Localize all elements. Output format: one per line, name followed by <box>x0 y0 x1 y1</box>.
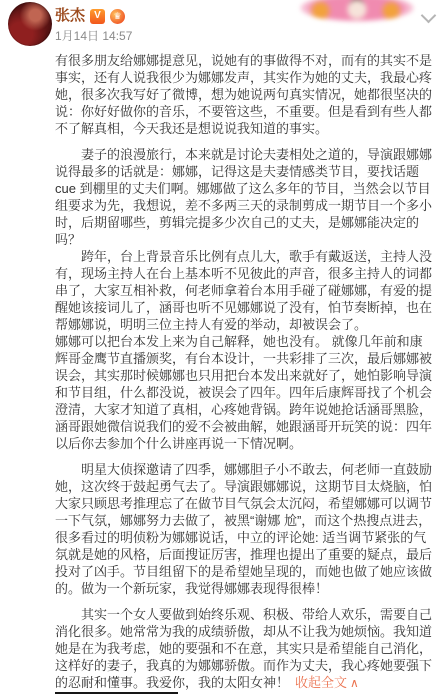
post-paragraph: 妻子的浪漫旅行，本来就是讨论夫妻相处之道的，导演跟娜娜说得最多的话就是：娜娜，记… <box>55 146 433 248</box>
avatar[interactable] <box>8 2 52 46</box>
chevron-up-icon[interactable]: ∧ <box>350 676 359 690</box>
divider-line <box>55 692 178 694</box>
vip-badge-icon: ♛ <box>110 9 125 24</box>
post-timestamp: 1月14日 14:57 <box>55 29 443 43</box>
weibo-post: 张杰 V ♛ 1月14日 14:57 有很多朋友给娜娜提意见，说她有的事做得不对… <box>0 0 443 698</box>
username[interactable]: 张杰 <box>55 7 85 25</box>
post-paragraph: 其实一个女人要做到始终乐观、积极、带给人欢乐，需要自己消化很多。她常常为我的成绩… <box>55 606 433 692</box>
post-paragraph: 娜娜可以把台本发上来为自己解释，她也没有。 就像几年前和康辉哥金鹰节直播颁奖，有… <box>55 333 433 452</box>
collapse-full-text-link[interactable]: 收起全文 <box>295 675 347 690</box>
post-paragraph: 跨年，台上背景音乐比例有点儿大，歌手有戴返送，主持人没有，现场主持人在台上基本听… <box>55 248 433 333</box>
verified-badge-icon: V <box>90 9 105 24</box>
post-paragraph: 有很多朋友给娜娜提意见，说她有的事做得不对，而有的其实不是事实，还有人说我很少为… <box>55 52 433 137</box>
post-body: 有很多朋友给娜娜提意见，说她有的事做得不对，而有的其实不是事实，还有人说我很少为… <box>55 52 433 692</box>
post-paragraph: 明星大侦探邀请了四季，娜娜胆子小不敢去，何老师一直鼓励她，这次终于鼓起勇气去了。… <box>55 461 433 597</box>
